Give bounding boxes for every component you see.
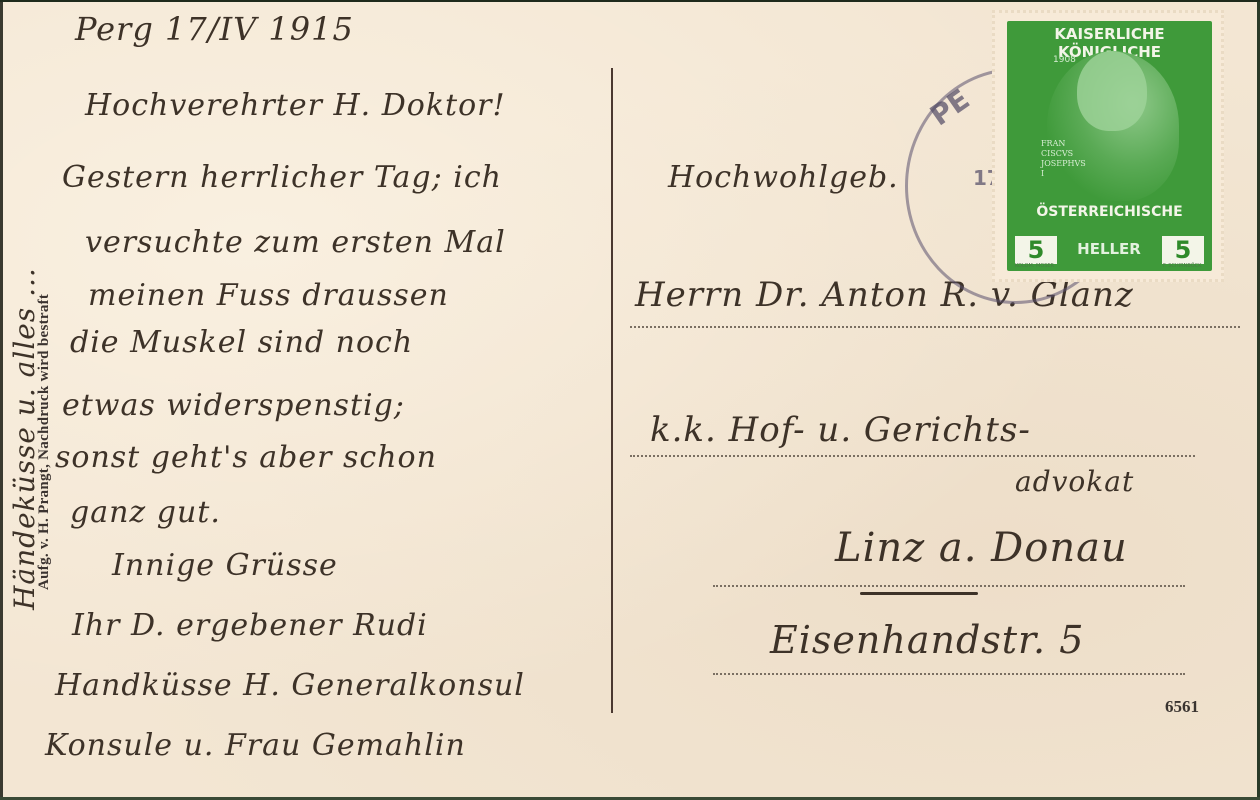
address-title-cont: advokat: [1015, 465, 1134, 498]
address-greeting: Hochwohlgeb.: [668, 160, 899, 195]
address-city: Linz a. Donau: [835, 525, 1128, 571]
stamp-design: KAISERLICHE KÖNIGLICHE 1908 FRAN CISCVS …: [1007, 21, 1212, 271]
address-street: Eisenhandstr. 5: [770, 618, 1084, 662]
emperor-portrait-icon: [1077, 51, 1147, 131]
address-line-rule-3: [713, 585, 1185, 587]
dateline: Perg 17/IV 1915: [75, 10, 354, 48]
margin-note: Händeküsse u. alles ...: [8, 267, 41, 610]
message-line-2: versuchte zum ersten Mal: [85, 225, 506, 260]
message-line-11: Konsule u. Frau Gemahlin: [45, 728, 466, 763]
message-address-divider: [611, 68, 613, 713]
stamp-value-left: 5: [1015, 236, 1057, 264]
address-line-rule-2: [630, 455, 1195, 457]
salutation: Hochverehrter H. Doktor!: [85, 88, 506, 123]
card-number: 6561: [1165, 697, 1199, 717]
message-line-6: sonst geht's aber schon: [55, 440, 437, 475]
stamp-year: 1908: [1053, 55, 1076, 65]
stamp-value-right: 5: [1162, 236, 1204, 264]
caption-line: CISCVS: [1041, 149, 1086, 159]
message-line-9: Ihr D. ergebener Rudi: [72, 608, 428, 643]
postcard-back: Aufg. v. H. Prangt, Nachdruck wird bestr…: [0, 0, 1260, 800]
postmark-town: PE: [924, 83, 975, 133]
address-line-rule-1: [630, 326, 1240, 328]
caption-line: JOSEPHVS: [1041, 159, 1086, 169]
address-title: k.k. Hof- u. Gerichts-: [650, 410, 1031, 450]
message-line-1: Gestern herrlicher Tag; ich: [62, 160, 502, 195]
address-line-rule-4: [713, 673, 1185, 675]
stamp-portrait-caption: FRAN CISCVS JOSEPHVS I: [1041, 139, 1086, 179]
stamp-currency: HELLER: [1059, 240, 1159, 258]
message-line-8: Innige Grüsse: [112, 548, 338, 583]
message-line-10: Handküsse H. Generalkonsul: [55, 668, 525, 703]
message-line-4: die Muskel sind noch: [70, 325, 413, 360]
stamp-designer-credit: KOLOM. MOSER: [1015, 263, 1054, 269]
stamp-engraver-credit: F. SCHIRNBÖCK: [1163, 263, 1201, 269]
stamp-bottom-text: ÖSTERREICHISCHE: [1007, 204, 1212, 220]
caption-line: FRAN: [1041, 139, 1086, 149]
message-line-7: ganz gut.: [70, 495, 221, 530]
message-line-3: meinen Fuss draussen: [88, 278, 449, 313]
caption-line: I: [1041, 169, 1086, 179]
postage-stamp: KAISERLICHE KÖNIGLICHE 1908 FRAN CISCVS …: [992, 10, 1224, 282]
city-underline: [860, 592, 978, 595]
message-line-5: etwas widerspenstig;: [62, 388, 405, 423]
